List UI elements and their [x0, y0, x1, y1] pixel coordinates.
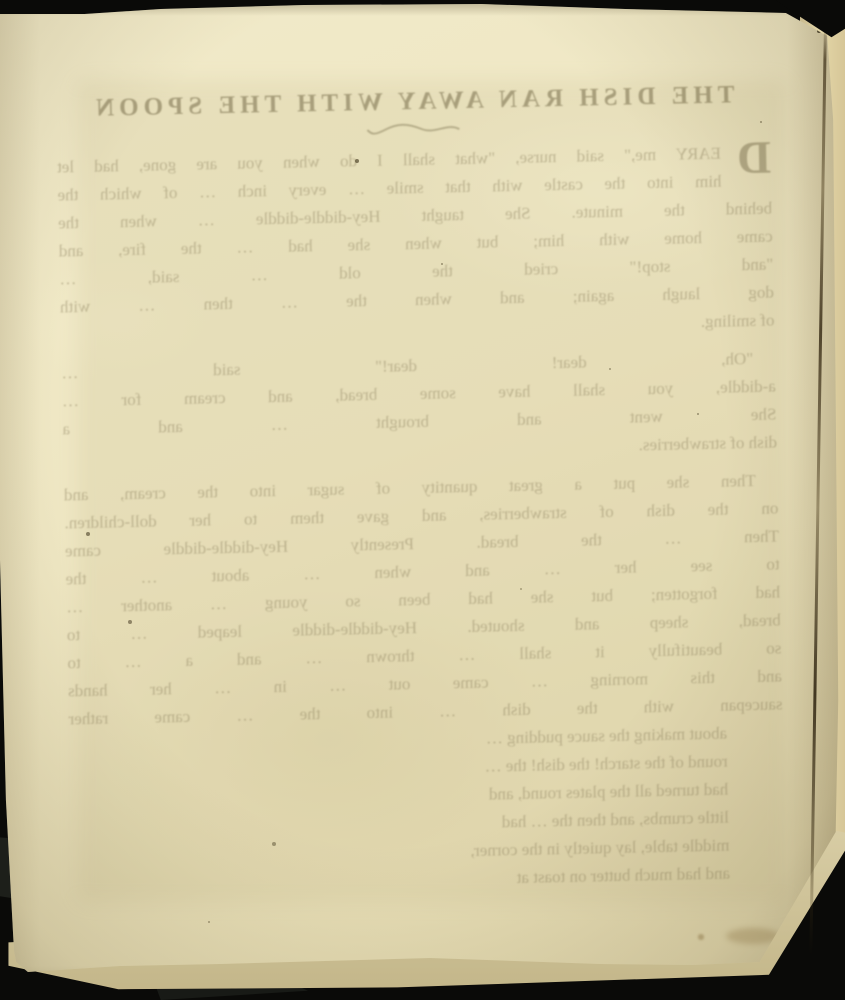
ghost-line: of smiling.: [531, 307, 774, 340]
ghost-paragraph: D EARY me," said nurse, "what shall I do…: [57, 139, 775, 350]
ghost-paragraph: Then she put a great quantity of sugar i…: [64, 467, 787, 902]
book-scan: THE DISH RAN AWAY WITH THE SPOON D EARY …: [0, 0, 845, 1000]
book-page: THE DISH RAN AWAY WITH THE SPOON D EARY …: [0, 0, 845, 1000]
ghost-drop-cap: D: [737, 135, 772, 183]
ghost-showthrough-text: THE DISH RAN AWAY WITH THE SPOON D EARY …: [56, 79, 787, 912]
ghost-paragraph: "Oh, dear! dear!" said … a-diddle, you s…: [61, 345, 777, 472]
flourish-ornament: [365, 121, 461, 137]
dust-specks: [0, 0, 2, 2]
